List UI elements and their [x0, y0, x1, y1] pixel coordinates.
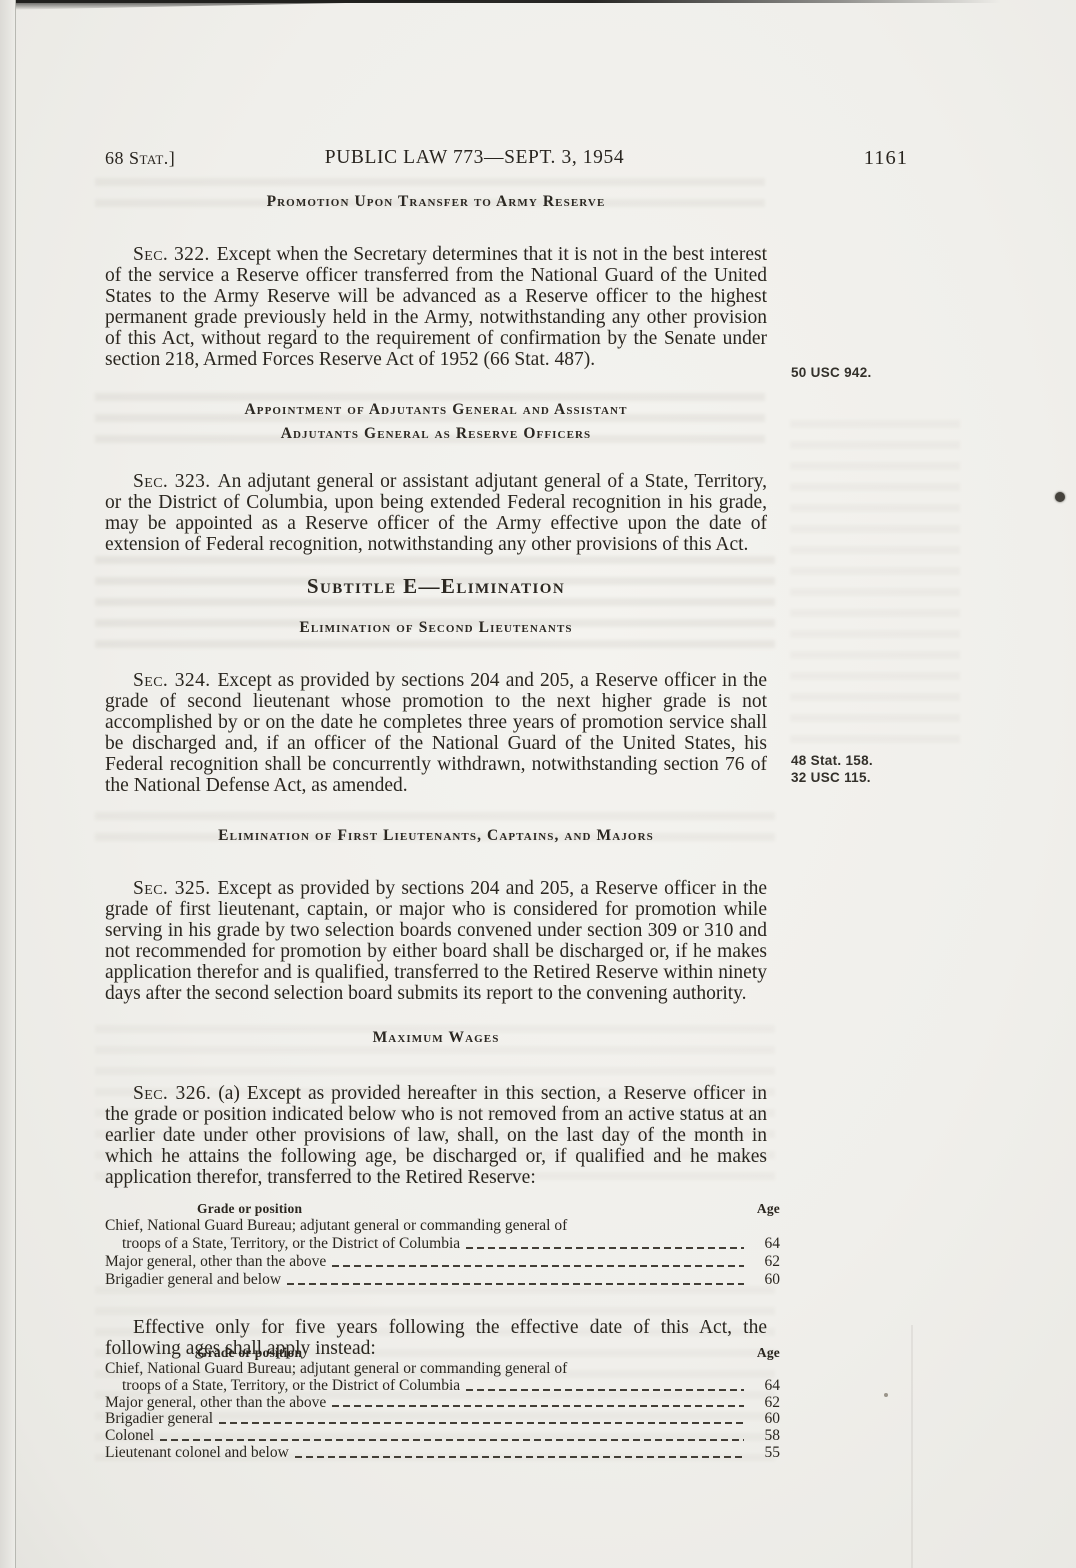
- margin-note-line-1: 48 Stat. 158.: [791, 753, 921, 770]
- age-value: 58: [750, 1428, 780, 1445]
- age-column-header: Age: [757, 1201, 780, 1217]
- scan-artifact-speck: [884, 1393, 888, 1397]
- heading-line-2: Adjutants General as Reserve Officers: [105, 422, 767, 446]
- section-label: Sec. 326.: [133, 1083, 211, 1104]
- age-value: 55: [750, 1445, 780, 1462]
- dotted-leader: [332, 1265, 744, 1267]
- scan-left-gutter: [0, 0, 16, 1568]
- scan-artifact-line: [911, 1325, 913, 1568]
- age-value: 62: [750, 1395, 780, 1412]
- margin-note-line-2: 32 USC 115.: [791, 770, 921, 787]
- age-value: 60: [750, 1411, 780, 1428]
- age-table-second: Grade or position Age Chief, National Gu…: [105, 1345, 780, 1462]
- scan-top-edge-wedge: [0, 0, 495, 10]
- age-value: 64: [750, 1378, 780, 1395]
- row-text: Brigadier general and below: [105, 1271, 281, 1289]
- law-title: PUBLIC LAW 773—SEPT. 3, 1954: [73, 147, 876, 169]
- row-text-line-2: troops of a State, Territory, or the Dis…: [105, 1378, 460, 1395]
- row-text-line-1: Chief, National Guard Bureau; adjutant g…: [105, 1361, 780, 1378]
- table-row: Major general, other than the above 62: [105, 1253, 780, 1271]
- heading-appointment-adjutants-general: Appointment of Adjutants General and Ass…: [105, 398, 767, 446]
- grade-column-header: Grade or position: [197, 1345, 302, 1361]
- row-text: Major general, other than the above: [105, 1395, 326, 1412]
- heading-elimination-first-lieutenants: Elimination of First Lieutenants, Captai…: [105, 827, 767, 845]
- table-header: Grade or position Age: [105, 1345, 780, 1361]
- table-row: Major general, other than the above 62: [105, 1395, 780, 1412]
- age-table-first: Grade or position Age Chief, National Gu…: [105, 1201, 780, 1289]
- row-text: Lieutenant colonel and below: [105, 1445, 289, 1462]
- section-label: Sec. 324.: [133, 670, 211, 691]
- age-column-header: Age: [757, 1345, 780, 1361]
- heading-promotion-upon-transfer: Promotion Upon Transfer to Army Reserve: [105, 193, 767, 211]
- margin-note-48-stat-158: 48 Stat. 158. 32 USC 115.: [791, 753, 921, 786]
- age-value: 60: [750, 1271, 780, 1289]
- heading-line-1: Appointment of Adjutants General and Ass…: [105, 398, 767, 422]
- table-row: Brigadier general 60: [105, 1411, 780, 1428]
- row-text-line-2: troops of a State, Territory, or the Dis…: [105, 1235, 460, 1253]
- page-header: 68 Stat.] PUBLIC LAW 773—SEPT. 3, 1954 1…: [105, 147, 908, 171]
- row-text-line-1: Chief, National Guard Bureau; adjutant g…: [105, 1217, 780, 1235]
- section-label: Sec. 325.: [133, 878, 211, 899]
- table-row: Brigadier general and below 60: [105, 1271, 780, 1289]
- heading-maximum-wages: Maximum Wages: [105, 1029, 767, 1047]
- section-label: Sec. 323.: [133, 471, 211, 492]
- bleed-through-ghosting: [95, 556, 775, 656]
- table-header: Grade or position Age: [105, 1201, 780, 1217]
- table-row: Chief, National Guard Bureau; adjutant g…: [105, 1217, 780, 1253]
- heading-subtitle-e-elimination: Subtitle E—Elimination: [105, 574, 767, 599]
- page-number: 1161: [864, 147, 908, 170]
- row-text: Colonel: [105, 1428, 154, 1445]
- paragraph-sec-323: Sec. 323.An adjutant general or assistan…: [105, 471, 767, 555]
- dotted-leader: [219, 1422, 744, 1424]
- age-value: 62: [750, 1253, 780, 1271]
- age-value: 64: [750, 1235, 780, 1253]
- dotted-leader: [295, 1456, 744, 1458]
- dotted-leader: [160, 1439, 744, 1441]
- dotted-leader: [466, 1247, 744, 1249]
- scanned-statute-page: 68 Stat.] PUBLIC LAW 773—SEPT. 3, 1954 1…: [0, 0, 1076, 1568]
- section-label: Sec. 322.: [133, 244, 210, 265]
- bleed-through-ghosting: [790, 420, 960, 750]
- margin-note-50-usc-942: 50 USC 942.: [791, 365, 921, 382]
- heading-elimination-second-lieutenants: Elimination of Second Lieutenants: [105, 619, 767, 637]
- grade-column-header: Grade or position: [197, 1201, 302, 1217]
- table-row: Colonel 58: [105, 1428, 780, 1445]
- dotted-leader: [466, 1389, 744, 1391]
- table-row: Lieutenant colonel and below 55: [105, 1445, 780, 1462]
- scan-artifact-dot: [1055, 492, 1065, 502]
- dotted-leader: [332, 1405, 744, 1407]
- row-text: Major general, other than the above: [105, 1253, 326, 1271]
- dotted-leader: [287, 1283, 744, 1285]
- paragraph-sec-326: Sec. 326.(a) Except as provided hereafte…: [105, 1083, 767, 1188]
- paragraph-sec-325: Sec. 325.Except as provided by sections …: [105, 878, 767, 1004]
- table-row: Chief, National Guard Bureau; adjutant g…: [105, 1361, 780, 1395]
- paragraph-sec-324: Sec. 324.Except as provided by sections …: [105, 670, 767, 796]
- paragraph-sec-322: Sec. 322.Except when the Secretary deter…: [105, 244, 767, 370]
- row-text: Brigadier general: [105, 1411, 213, 1428]
